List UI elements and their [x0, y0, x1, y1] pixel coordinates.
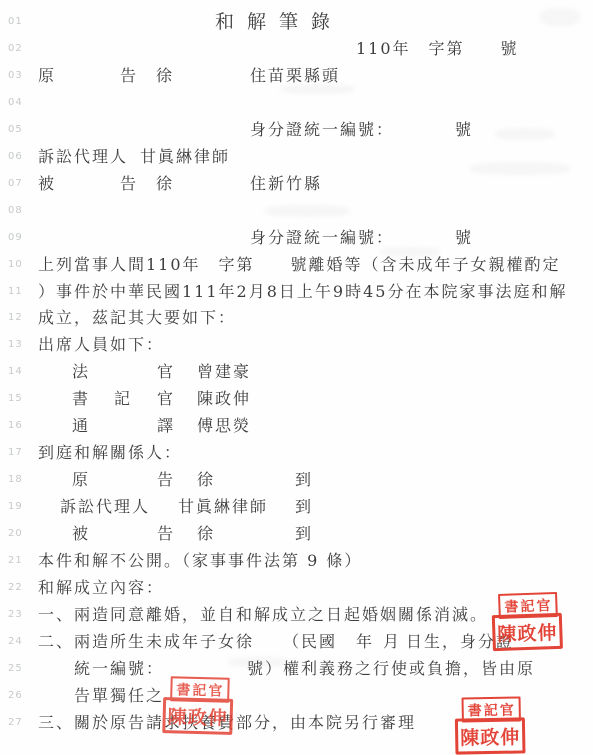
line-number: 03 [8, 70, 23, 81]
line-text: 到庭和解關係人： [38, 441, 182, 465]
line-text: 本件和解不公開。（家事事件法第 9 條） [38, 549, 362, 573]
line-text: 官 [157, 387, 175, 411]
line-text: 統一編號： [74, 657, 164, 681]
line-text: 原 [38, 64, 56, 88]
line-number: 08 [8, 205, 23, 216]
line-number: 22 [8, 582, 23, 593]
line-number: 12 [8, 312, 23, 323]
line-number: 11 [8, 286, 23, 297]
line-text: 通 [72, 414, 90, 438]
line-number: 10 [8, 259, 23, 270]
line-text: 身分證統一編號： [250, 118, 394, 142]
line-text: 上列當事人間110年 字第 號離婚等（含未成年子女親權酌定 [38, 253, 561, 277]
line-text: 原 [72, 468, 90, 492]
clerk-seal-stamp: 書記官陳政伸 [491, 592, 563, 651]
scan-smudge [540, 8, 580, 26]
line-text: 書 [72, 387, 90, 411]
line-text: 一、兩造同意離婚，並自和解成立之日起婚姻關係消滅。 [38, 603, 488, 627]
line-text: 陳政伸 [197, 387, 251, 411]
line-number: 05 [8, 124, 23, 135]
line-text: 住新竹縣 [250, 172, 322, 196]
line-text: 傅思熒 [197, 414, 251, 438]
line-text: 甘眞綝律師 [178, 495, 268, 519]
line-number: 07 [8, 178, 23, 189]
line-number: 01 [8, 16, 23, 27]
clerk-seal-stamp: 書記官陳政伸 [455, 696, 526, 754]
line-number: 04 [8, 97, 23, 108]
line-text: 記 [114, 387, 132, 411]
clerk-stamp-name: 陳政伸 [455, 717, 526, 754]
line-text: 被 [72, 522, 90, 546]
line-number: 15 [8, 393, 23, 404]
line-text: 身分證統一編號： [250, 226, 394, 250]
line-text: 和解成立內容： [38, 576, 164, 600]
line-text: 徐 [156, 64, 174, 88]
line-number: 24 [8, 636, 23, 647]
line-number: 06 [8, 151, 23, 162]
document-title: 和解筆錄 [215, 10, 343, 34]
line-text: 告 [157, 468, 175, 492]
line-text: 號 [455, 118, 473, 142]
line-text: 到 [295, 522, 313, 546]
line-number: 16 [8, 420, 23, 431]
scan-smudge [470, 162, 570, 175]
line-text: 訴訟代理人 [38, 145, 128, 169]
line-number: 19 [8, 501, 23, 512]
line-text: 告 [157, 522, 175, 546]
line-text: 成立，茲記其大要如下： [38, 306, 236, 330]
line-text: 譯 [157, 414, 175, 438]
line-text: 官 [157, 360, 175, 384]
line-number: 17 [8, 447, 23, 458]
scan-smudge [280, 84, 355, 94]
line-number: 25 [8, 663, 23, 674]
clerk-seal-stamp: 書記官陳政伸 [162, 676, 233, 735]
line-text: 告單獨任之 [74, 684, 164, 708]
line-number: 18 [8, 474, 23, 485]
line-text: ）事件於中華民國111年2月8日上午9時45分在本院家事法庭和解 [38, 280, 567, 304]
line-number: 02 [8, 43, 23, 54]
line-text: 被 [38, 172, 56, 196]
line-text: 法 [72, 360, 90, 384]
line-text: 告 [120, 64, 138, 88]
line-text: 到 [295, 495, 313, 519]
line-number: 09 [8, 232, 23, 243]
clerk-stamp-name: 陳政伸 [162, 697, 233, 735]
line-text: 出席人員如下： [38, 333, 164, 357]
line-text: 二、兩造所生未成年子女徐 [38, 630, 254, 654]
line-text: 年 [356, 630, 374, 654]
line-text: 徐 [197, 468, 215, 492]
line-number: 26 [8, 690, 23, 701]
line-text: 到 [295, 468, 313, 492]
line-number: 14 [8, 366, 23, 377]
line-text: 甘眞綝律師 [140, 145, 230, 169]
line-text: 訴訟代理人 [60, 495, 150, 519]
scan-smudge [495, 128, 555, 140]
line-number: 23 [8, 609, 23, 620]
line-text: 告 [120, 172, 138, 196]
line-number: 21 [8, 555, 23, 566]
clerk-stamp-name: 陳政伸 [492, 613, 563, 651]
line-text: 號）權利義務之行使或負擔，皆由原 [247, 657, 535, 681]
line-text: 徐 [197, 522, 215, 546]
line-text: （民國 [283, 630, 337, 654]
settlement-record-page: 0102030405060708091011121314151617181920… [0, 0, 593, 755]
line-text: 徐 [156, 172, 174, 196]
line-number: 13 [8, 339, 23, 350]
line-number: 20 [8, 528, 23, 539]
line-number: 27 [8, 717, 23, 728]
scan-smudge [228, 657, 288, 667]
line-text: 號 [455, 226, 473, 250]
line-text: 110年 字第 號 [356, 37, 519, 61]
line-text: 月 [383, 630, 401, 654]
line-text: 曾建豪 [197, 360, 251, 384]
scan-smudge [265, 205, 350, 217]
scan-smudge [380, 247, 440, 257]
